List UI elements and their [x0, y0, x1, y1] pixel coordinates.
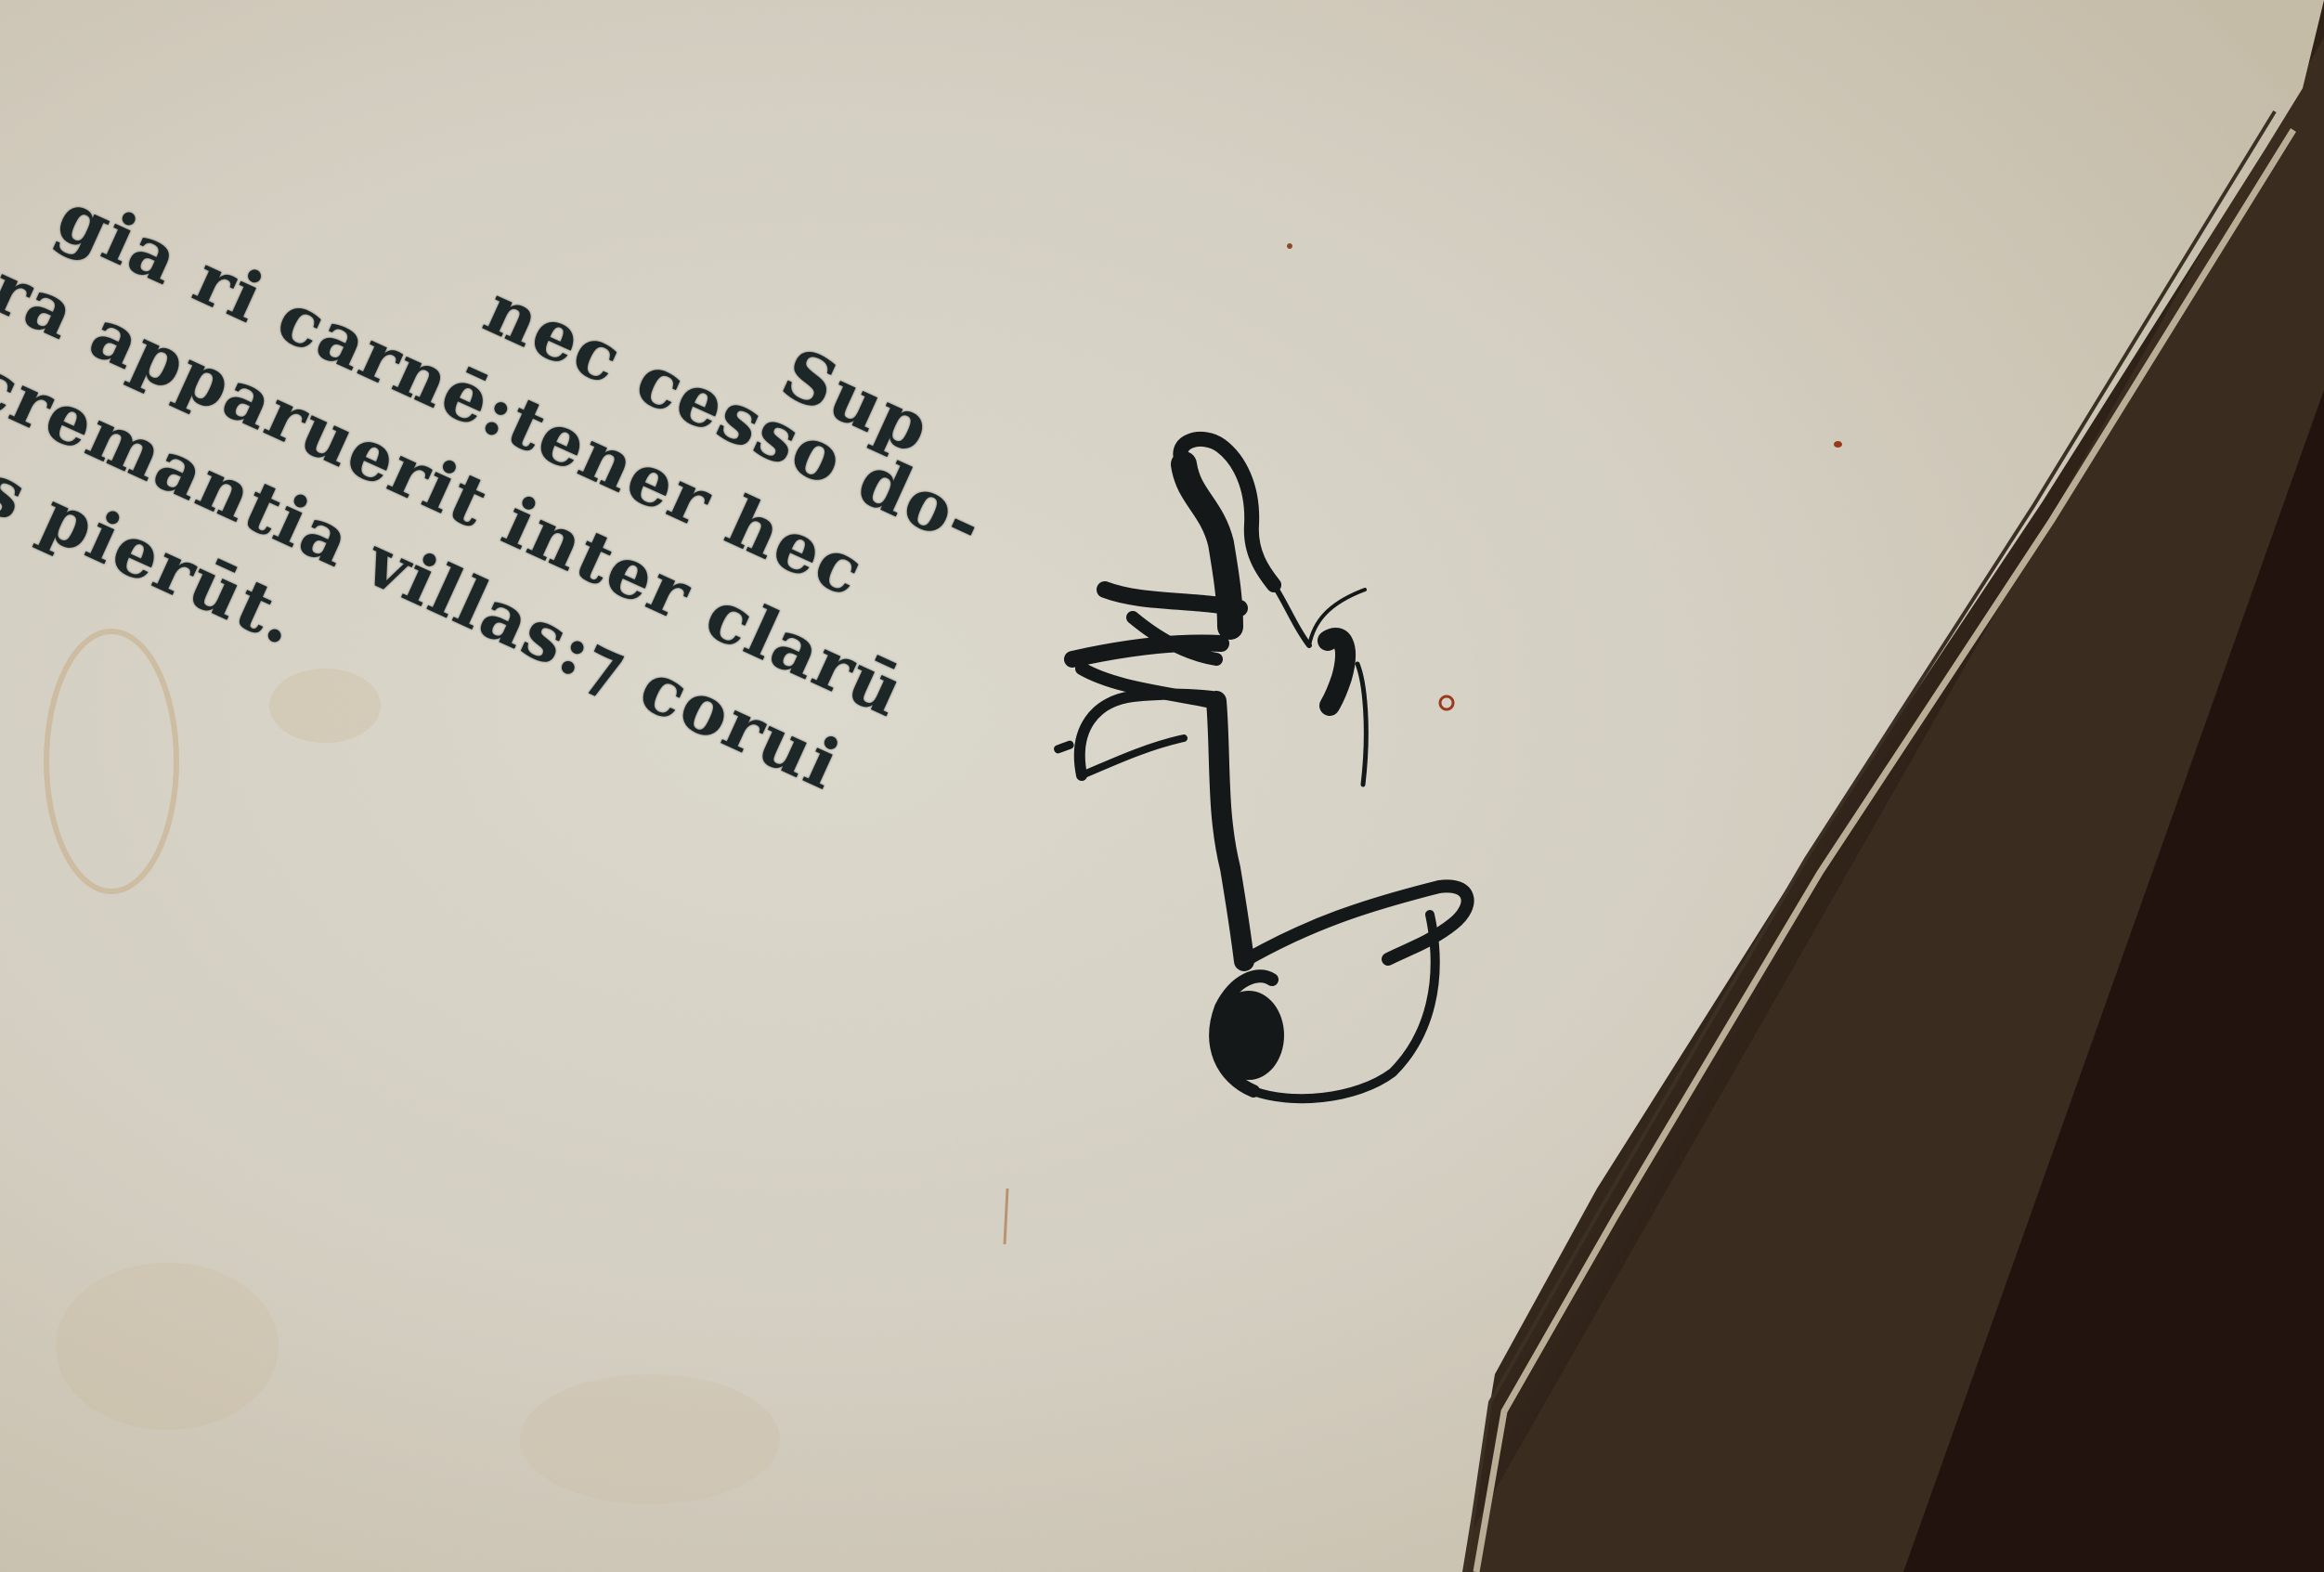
photo-scene: Sup nec cesso do- gia ri carnē:tener hec…: [0, 0, 2324, 1572]
rust-speck: [1287, 243, 1292, 249]
manicule-icon: [1031, 422, 1551, 1212]
rust-speck: [1834, 441, 1842, 448]
